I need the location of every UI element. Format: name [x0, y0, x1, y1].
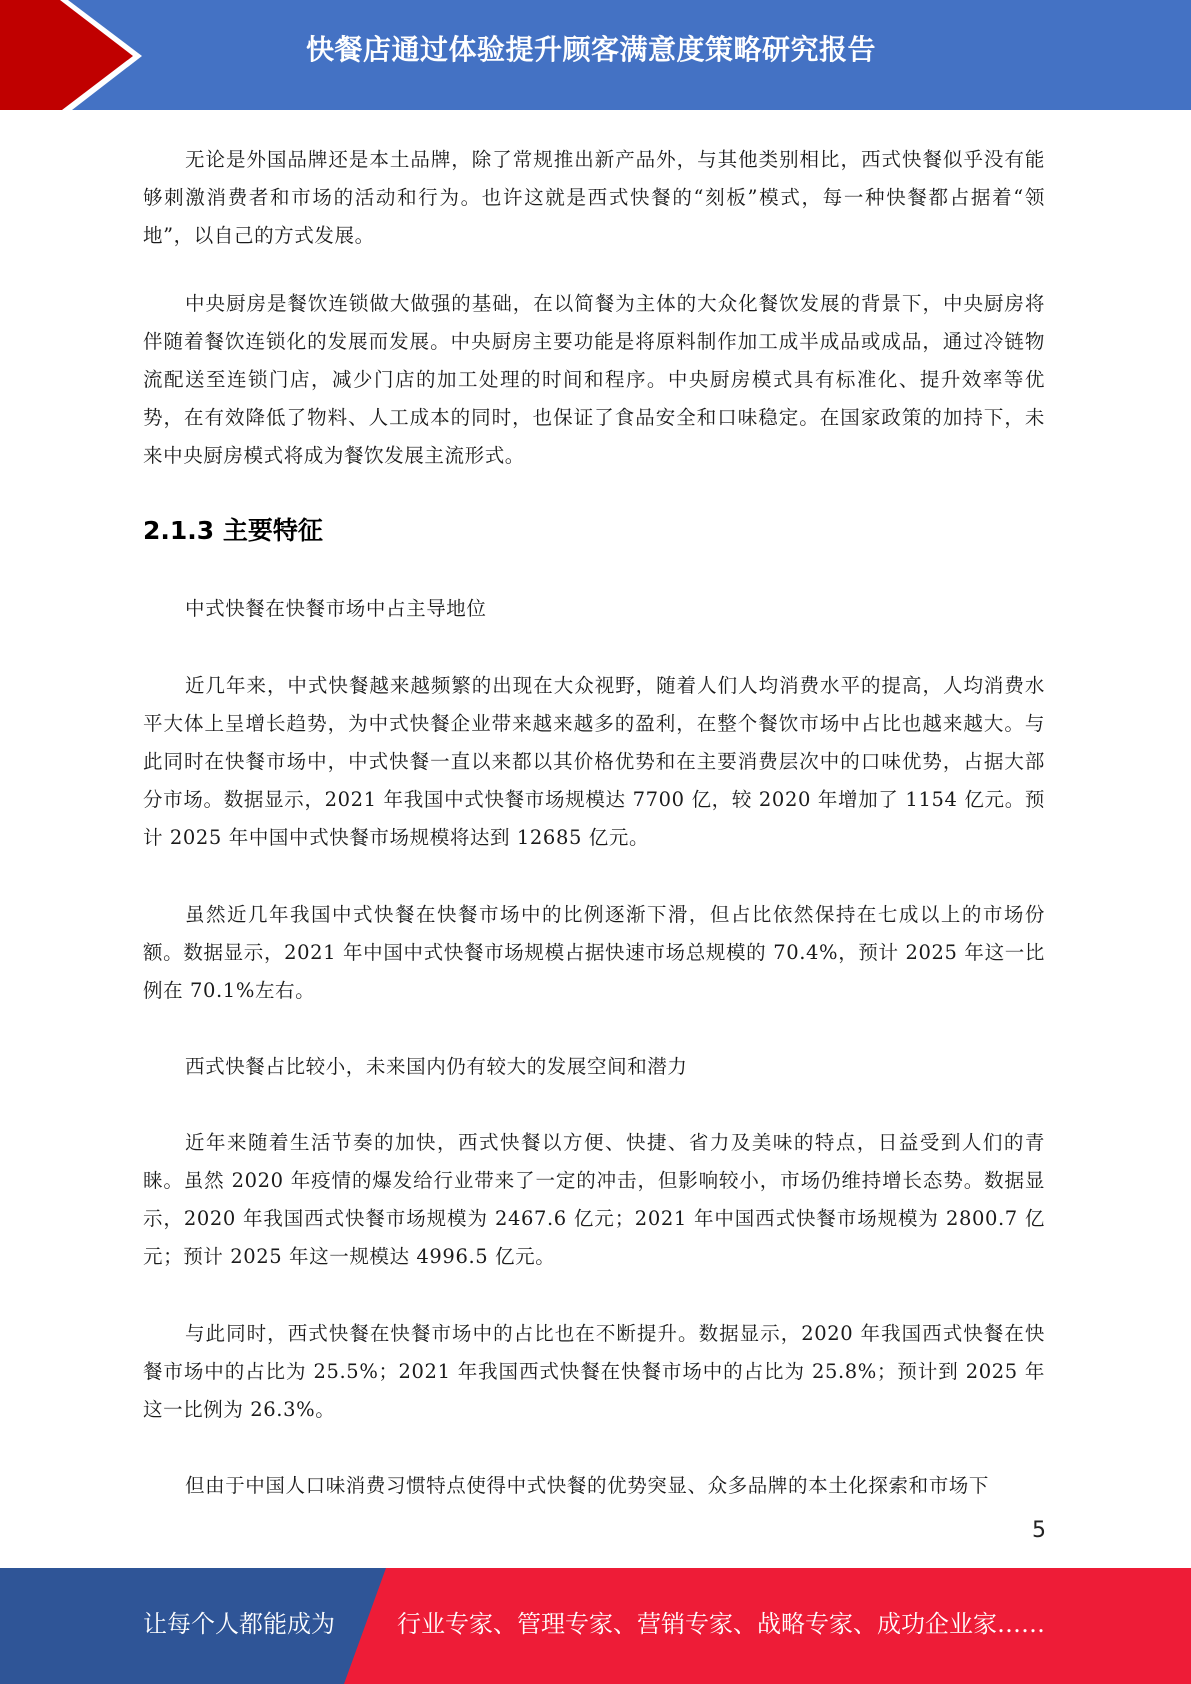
page-number: 5 [1032, 1518, 1046, 1543]
footer-slogan-right: 行业专家、管理专家、营销专家、战略专家、成功企业家…… [397, 1607, 1045, 1641]
footer-slogan-left: 让每个人都能成为 [143, 1607, 335, 1641]
paragraph: 近几年来，中式快餐越来越频繁的出现在大众视野，随着人们人均消费水平的提高，人均消… [143, 667, 1045, 857]
paragraph: 中央厨房是餐饮连锁做大做强的基础，在以简餐为主体的大众化餐饮发展的背景下，中央厨… [143, 285, 1045, 475]
paragraph: 但由于中国人口味消费习惯特点使得中式快餐的优势突显、众多品牌的本土化探索和市场下 [143, 1467, 1045, 1505]
report-title: 快餐店通过体验提升顾客满意度策略研究报告 [306, 30, 876, 70]
paragraph: 虽然近几年我国中式快餐在快餐市场中的比例逐渐下滑，但占比依然保持在七成以上的市场… [143, 896, 1045, 1010]
page-header: 快餐店通过体验提升顾客满意度策略研究报告 [0, 0, 1191, 110]
paragraph: 与此同时，西式快餐在快餐市场中的占比也在不断提升。数据显示，2020 年我国西式… [143, 1315, 1045, 1429]
page-footer: 让每个人都能成为 行业专家、管理专家、营销专家、战略专家、成功企业家…… [0, 1568, 1191, 1684]
red-arrow-icon [0, 0, 160, 110]
subheading: 西式快餐占比较小，未来国内仍有较大的发展空间和潜力 [185, 1048, 688, 1086]
subheading: 中式快餐在快餐市场中占主导地位 [185, 590, 487, 628]
section-heading: 2.1.3 主要特征 [143, 512, 323, 550]
paragraph: 近年来随着生活节奏的加快，西式快餐以方便、快捷、省力及美味的特点，日益受到人们的… [143, 1124, 1045, 1276]
paragraph: 无论是外国品牌还是本土品牌，除了常规推出新产品外，与其他类别相比，西式快餐似乎没… [143, 141, 1045, 255]
